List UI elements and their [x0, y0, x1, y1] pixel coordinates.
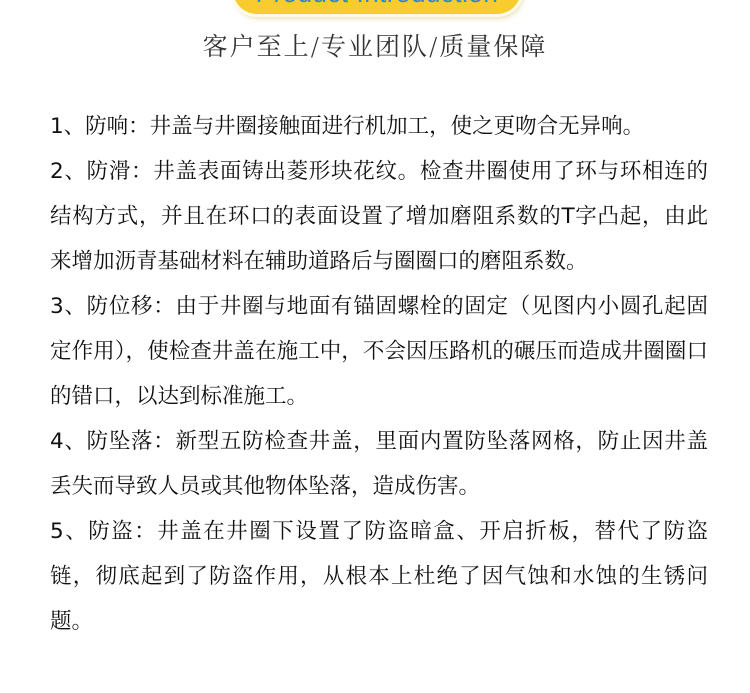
feature-list: 1、防响：井盖与井圈接触面进行机加工，使之更吻合无异响。 2、防滑：井盖表面铸出… [50, 104, 708, 644]
feature-item-anti-displacement: 3、防位移：由于井圈与地面有锚固螺栓的固定（见图内小圆孔起固定作用），使检查井盖… [50, 284, 708, 419]
feature-item-anti-noise: 1、防响：井盖与井圈接触面进行机加工，使之更吻合无异响。 [50, 104, 708, 149]
product-introduction-banner: Product Introduction [233, 0, 521, 14]
feature-item-anti-slip: 2、防滑：井盖表面铸出菱形块花纹。检查井圈使用了环与环相连的结构方式，并且在环口… [50, 149, 708, 284]
feature-item-anti-fall: 4、防坠落：新型五防检查井盖，里面内置防坠落网格，防止因井盖丢失而导致人员或其他… [50, 419, 708, 509]
feature-item-anti-theft: 5、防盗：井盖在井圈下设置了防盗暗盒、开启折板，替代了防盗链，彻底起到了防盗作用… [50, 509, 708, 644]
page-subtitle: 客户至上/专业团队/质量保障 [0, 29, 750, 65]
banner-title: Product Introduction [233, 0, 521, 6]
